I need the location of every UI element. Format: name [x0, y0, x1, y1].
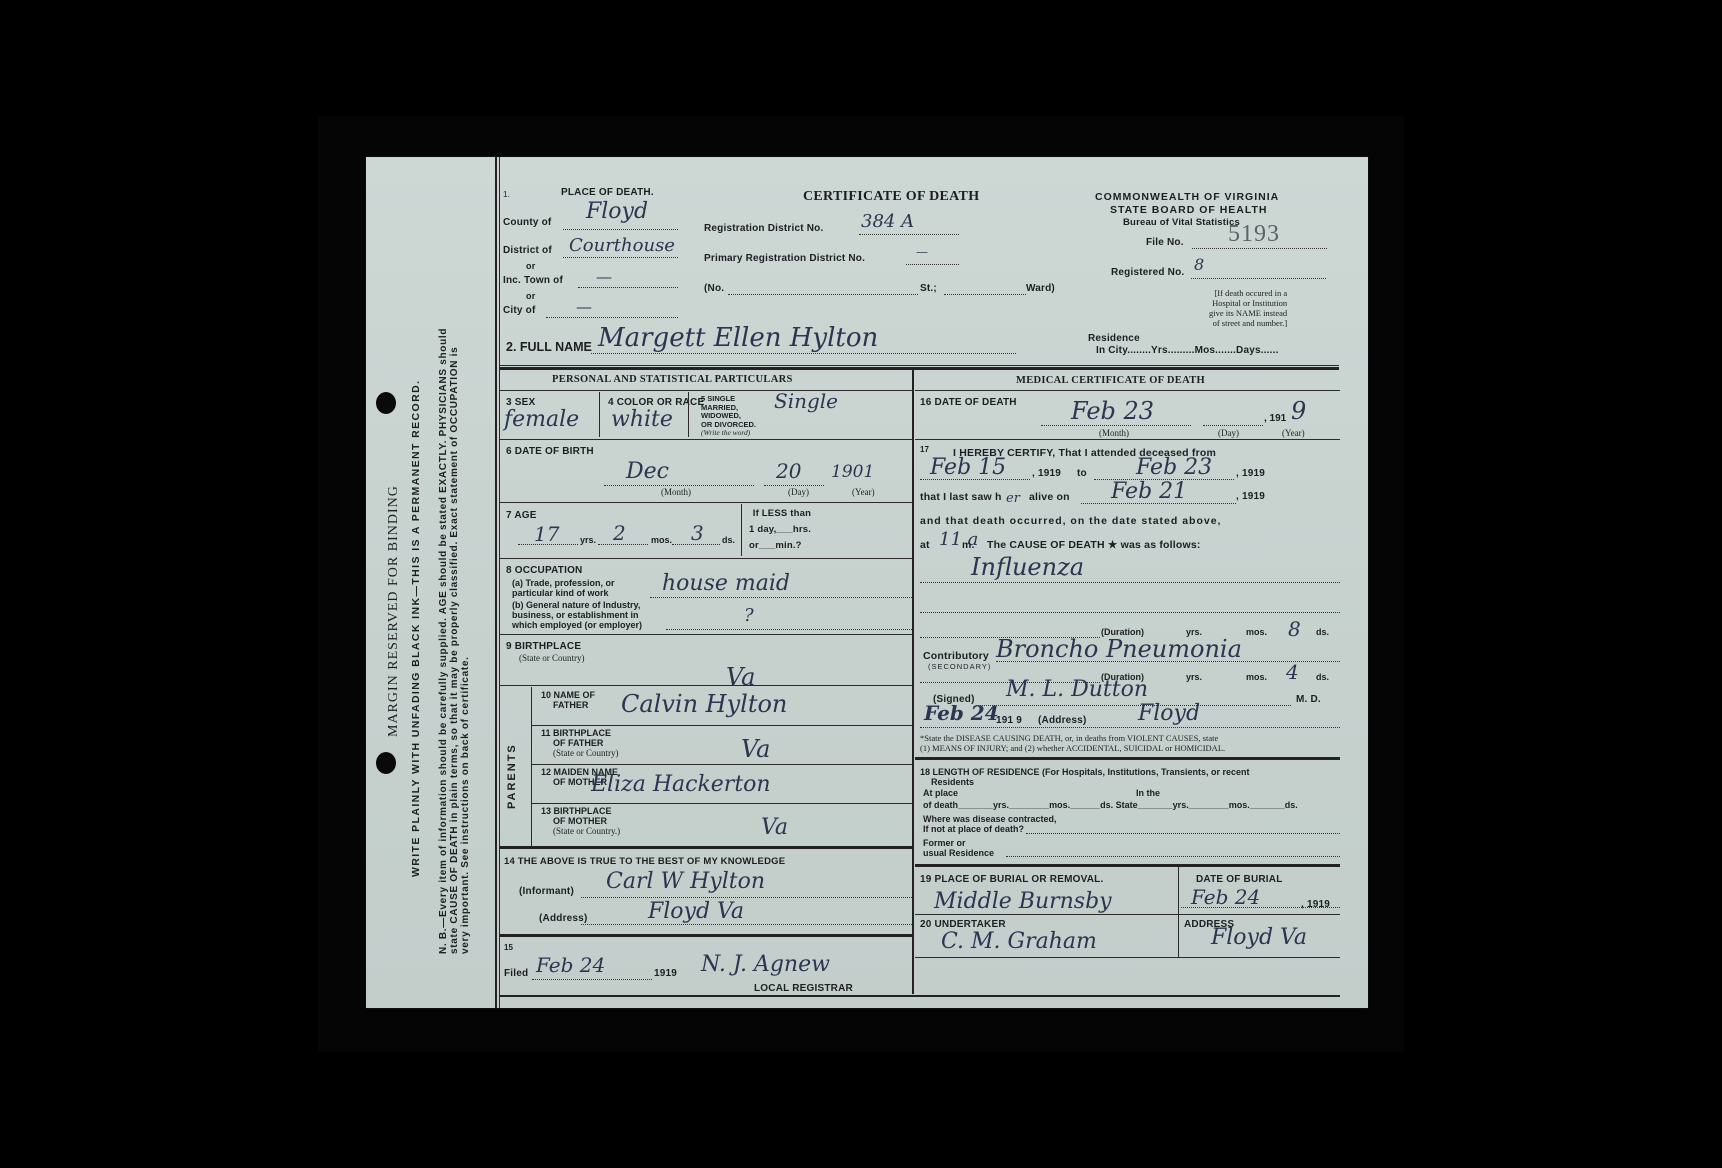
dob-month-value: Dec [626, 459, 669, 484]
duration-ds-label: ds. [1316, 672, 1329, 682]
county-value: Floyd [586, 199, 648, 224]
physician-address-label: (Address) [1038, 715, 1086, 726]
label-line: OF FATHER [541, 738, 619, 748]
alive-on-label: alive on [1029, 491, 1070, 503]
yrs-label: yrs. [580, 535, 596, 545]
signed-year: 191 9 [996, 715, 1022, 726]
divider [499, 502, 912, 503]
item-number-1: 1. [503, 190, 510, 199]
binding-hole-bottom [376, 752, 396, 774]
date-of-death-label: 16 DATE OF DEATH [920, 397, 1017, 408]
footnote-line: (1) MEANS OF INJURY; and (2) whether ACC… [920, 743, 1225, 753]
registered-number-label: Registered No. [1111, 267, 1184, 278]
marital-option: SINGLE [707, 394, 735, 403]
divider [915, 439, 1340, 440]
month-caption: (Month) [1099, 428, 1129, 438]
label-line: business, or establishment in [512, 610, 642, 620]
attended-to-year: , 1919 [1236, 468, 1265, 479]
former-residence-line [1006, 856, 1340, 857]
day-caption: (Day) [1218, 428, 1239, 438]
age-years-value: 17 [534, 522, 559, 546]
item-number-17: 17 [920, 445, 929, 454]
label-line: (a) Trade, profession, or [512, 578, 615, 588]
city-line [546, 317, 678, 318]
father-birthplace-value: Va [741, 735, 770, 763]
divider [741, 504, 742, 556]
item-number: 5 [701, 394, 705, 403]
or-label-2: or [526, 291, 535, 301]
at-label: at [920, 539, 930, 551]
secondary-label: (SECONDARY) [928, 662, 991, 671]
dob-month-line [604, 485, 754, 486]
date-of-death-value: Feb 23 [1071, 397, 1154, 425]
certificate-title: CERTIFICATE OF DEATH [803, 189, 979, 205]
residence-in-city: In City........Yrs.........Mos.......Day… [1096, 345, 1279, 356]
death-occurred-statement: and that death occurred, on the date sta… [920, 515, 1221, 527]
place-of-death-heading: PLACE OF DEATH. [561, 187, 654, 198]
ink-note: WRITE PLAINLY WITH UNFADING BLACK INK—TH… [410, 380, 422, 877]
filed-date-value: Feb 24 [536, 953, 605, 977]
dob-year-value: 1901 [831, 462, 874, 482]
board-of-health: STATE BOARD OF HEALTH [1110, 204, 1268, 216]
informant-label: (Informant) [519, 886, 574, 897]
header-divider-thick [499, 367, 1339, 370]
label-line: usual Residence [923, 848, 994, 858]
mother-birthplace-value: Va [761, 815, 788, 840]
informant-value: Carl W Hylton [606, 869, 765, 894]
age-months-value: 2 [613, 521, 626, 545]
marital-status-label: 5 SINGLE MARRIED, WIDOWED, OR DIVORCED. … [701, 395, 756, 438]
cause-of-death-label: The CAUSE OF DEATH ★ was as follows: [987, 539, 1201, 551]
hospital-note-line: [If death occured in a [1209, 288, 1287, 298]
registrar-signature: N. J. Agnew [701, 952, 830, 977]
registered-number-line [1191, 278, 1326, 279]
nb-line-2: state CAUSE OF DEATH in plain terms, so … [449, 328, 460, 954]
cause-footnote: *State the DISEASE CAUSING DEATH, or, in… [920, 733, 1225, 753]
personal-section-title: PERSONAL AND STATISTICAL PARTICULARS [552, 374, 793, 385]
primary-registration-label: Primary Registration District No. [704, 253, 865, 264]
divider [599, 392, 600, 437]
mother-name-value: Eliza Hackerton [591, 772, 771, 797]
occupation-a-value: house maid [662, 571, 790, 596]
divider [531, 764, 912, 765]
label-line: 10 NAME OF [541, 690, 595, 700]
label-line: 13 BIRTHPLACE [541, 806, 620, 816]
full-name-value: Margett Ellen Hylton [598, 323, 878, 353]
year-caption: (Year) [1282, 428, 1305, 438]
occupation-label: 8 OCCUPATION [506, 565, 582, 576]
label-line: (State or Country) [541, 748, 619, 758]
column-divider [912, 369, 914, 994]
or-label-1: or [526, 261, 535, 271]
physician-address-value: Floyd [1138, 701, 1200, 726]
occupation-b-label: (b) General nature of Industry, business… [512, 600, 642, 630]
registration-district-line [859, 234, 959, 235]
at-place-label: At place [923, 788, 958, 798]
marital-status-value: Single [774, 389, 838, 413]
street-line [728, 294, 918, 295]
footnote-line: *State the DISEASE CAUSING DEATH, or, in… [920, 733, 1225, 743]
dob-day-value: 20 [776, 459, 801, 483]
in-the-label: In the [1136, 788, 1160, 798]
duration-mos-label: mos. [1246, 672, 1267, 682]
divider [688, 392, 689, 437]
duration-yrs-label: yrs. [1186, 672, 1202, 682]
age-label: 7 AGE [506, 510, 537, 521]
divider [915, 957, 1340, 958]
street-st-label: St.; [920, 283, 937, 294]
physician-signature: M. L. Dutton [1006, 677, 1148, 702]
md-label: M. D. [1296, 694, 1321, 705]
informant-address-line [581, 924, 912, 925]
birthplace-value: Va [726, 663, 755, 691]
attended-from-value: Feb 15 [930, 455, 1006, 480]
dod-year-prefix: , 191 [1264, 413, 1286, 424]
contributory-duration-days: 4 [1286, 660, 1299, 684]
residence-label: Residence [1088, 333, 1140, 344]
registration-district-value: 384 A [861, 211, 914, 232]
death-certificate: MARGIN RESERVED FOR BINDING WRITE PLAINL… [366, 157, 1368, 1008]
city-label: City of [503, 305, 536, 316]
primary-registration-line [906, 264, 959, 265]
dob-day-line [764, 485, 824, 486]
less-than-day: If LESS than 1 day,___hrs. or___min.? [749, 506, 811, 554]
bureau-of-vital-statistics: Bureau of Vital Statistics [1123, 217, 1240, 228]
district-label: District of [503, 245, 552, 256]
divider [499, 634, 912, 635]
header-divider [499, 365, 1339, 366]
informant-line [581, 897, 912, 898]
county-label: County of [503, 217, 551, 228]
signed-date-value: Feb 24 [924, 701, 999, 725]
last-saw-pronoun: er [1006, 491, 1020, 506]
label-line: (State or Country.) [541, 826, 620, 836]
occupation-b-value: ? [744, 605, 754, 626]
birthplace-label: 9 BIRTHPLACE [506, 641, 581, 652]
contributory-value: Broncho Pneumonia [996, 635, 1242, 663]
label-line: OF MOTHER [541, 816, 620, 826]
registration-district-label: Registration District No. [704, 223, 823, 234]
day-caption: (Day) [788, 487, 809, 497]
full-name-label: 2. FULL NAME [506, 340, 592, 354]
residence-duration-line: of death_______yrs.________mos.______ds.… [923, 800, 1298, 810]
last-saw-label: that I last saw h [920, 491, 1002, 503]
contracted-line [1026, 833, 1340, 834]
hospital-note-line: give its NAME instead [1209, 308, 1287, 318]
occupation-a-line [650, 597, 912, 598]
hospital-note-line: Hospital or Institution [1209, 298, 1287, 308]
date-of-burial-value: Feb 24 [1191, 885, 1260, 909]
nb-line-1: N. B.—Every item of information should b… [438, 328, 449, 954]
divider-thick [499, 846, 912, 849]
label-line: Where was disease contracted, [923, 814, 1057, 824]
file-number-label: File No. [1146, 237, 1184, 248]
father-birthplace-label: 11 BIRTHPLACE OF FATHER (State or Countr… [541, 728, 619, 758]
divider [499, 439, 912, 440]
occupation-b-line [666, 629, 912, 630]
signed-line [976, 705, 1291, 706]
father-name-value: Calvin Hylton [621, 690, 787, 718]
divider [531, 687, 532, 847]
town-line [578, 287, 678, 288]
to-label: to [1077, 468, 1087, 479]
residents-label: Residents [931, 777, 974, 787]
mos-label: mos. [651, 535, 672, 545]
informant-address-value: Floyd Va [648, 899, 744, 924]
filed-year: 1919 [654, 968, 677, 979]
divider [915, 390, 1340, 391]
duration-ds-label: ds. [1316, 627, 1329, 637]
hospital-note: [If death occured in a Hospital or Insti… [1209, 288, 1287, 328]
last-saw-value: Feb 21 [1111, 479, 1187, 504]
label-line: FATHER [541, 700, 595, 710]
less-than-hours: 1 day,___hrs. [749, 522, 811, 538]
ds-label: ds. [722, 535, 735, 545]
divider [499, 558, 912, 559]
father-name-label: 10 NAME OF FATHER [541, 690, 595, 710]
margin-rule [495, 157, 497, 1008]
contributory-label: Contributory [923, 650, 989, 662]
am-pm-label: m. [962, 539, 975, 551]
margin-rule-inner [499, 157, 500, 1008]
county-line [563, 229, 678, 230]
attended-to-value: Feb 23 [1136, 455, 1212, 480]
divider [531, 803, 912, 804]
file-number-value: 5193 [1228, 221, 1280, 248]
date-of-burial-year: , 1919 [1301, 899, 1330, 910]
parents-label: PARENTS [506, 743, 518, 809]
town-value: — [596, 267, 612, 286]
bottom-rule [499, 995, 1340, 997]
divider [1178, 867, 1179, 957]
label-line: Former or [923, 838, 994, 848]
street-number-label: (No. [704, 283, 724, 294]
divider-thick [915, 757, 1340, 760]
informant-address-label: (Address) [539, 913, 587, 924]
less-than-minutes: or___min.? [749, 538, 811, 554]
length-of-residence-label: 18 LENGTH OF RESIDENCE (For Hospitals, I… [920, 767, 1250, 777]
cause-line-2 [920, 612, 1340, 613]
label-line: (b) General nature of Industry, [512, 600, 642, 610]
district-value: Courthouse [569, 235, 675, 256]
cause-of-death-value: Influenza [971, 553, 1084, 581]
less-than-line: If LESS than [749, 506, 811, 522]
city-value: — [576, 297, 592, 316]
undertaker-value: C. M. Graham [941, 929, 1097, 954]
marital-instruction: (Write the word) [701, 429, 756, 438]
knowledge-statement: 14 THE ABOVE IS TRUE TO THE BEST OF MY K… [504, 856, 785, 867]
label-line: 11 BIRTHPLACE [541, 728, 619, 738]
divider-thick [915, 864, 1340, 867]
contracted-label: Where was disease contracted, If not at … [923, 814, 1057, 834]
state-name: COMMONWEALTH OF VIRGINIA [1095, 191, 1279, 203]
registered-number-value: 8 [1194, 255, 1204, 274]
item-number-15: 15 [504, 943, 513, 952]
occupation-a-label: (a) Trade, profession, or particular kin… [512, 578, 615, 598]
date-of-birth-label: 6 DATE OF BIRTH [506, 446, 594, 457]
place-of-burial-label: 19 PLACE OF BURIAL OR REMOVAL. [920, 874, 1103, 885]
year-caption: (Year) [852, 487, 875, 497]
sex-value: female [504, 407, 579, 432]
dod-year-value: 9 [1291, 397, 1306, 425]
label-line: particular kind of work [512, 588, 615, 598]
age-days-value: 3 [691, 521, 704, 545]
full-name-line [591, 353, 1016, 354]
filed-date-line [532, 979, 652, 980]
dod-day-line [1203, 425, 1263, 426]
nb-note: N. B.—Every item of information should b… [438, 328, 471, 954]
file-number-line [1192, 248, 1327, 249]
binding-note: MARGIN RESERVED FOR BINDING [386, 485, 402, 737]
divider-thick [499, 934, 912, 937]
divider [499, 685, 912, 686]
label-line: which employed (or employer) [512, 620, 642, 630]
dod-month-line [1041, 425, 1191, 426]
place-of-burial-value: Middle Burnsby [934, 889, 1112, 914]
divider [915, 914, 1340, 915]
district-line [563, 257, 678, 258]
attended-from-year: , 1919 [1032, 468, 1061, 479]
primary-registration-value: — [916, 245, 928, 259]
ward-line [944, 294, 1026, 295]
nb-line-3: very important. See instructions on back… [460, 328, 471, 954]
birthplace-sub-label: (State or Country) [519, 653, 585, 663]
medical-section-title: MEDICAL CERTIFICATE OF DEATH [1016, 375, 1205, 386]
date-of-burial-label: DATE OF BURIAL [1196, 874, 1283, 885]
local-registrar-label: LOCAL REGISTRAR [754, 983, 853, 994]
color-value: white [611, 407, 673, 432]
filed-label: Filed [504, 968, 528, 979]
binding-hole-top [376, 392, 396, 414]
mother-birthplace-label: 13 BIRTHPLACE OF MOTHER (State or Countr… [541, 806, 620, 836]
cause-line-1 [920, 582, 1340, 583]
former-residence-label: Former or usual Residence [923, 838, 994, 858]
month-caption: (Month) [661, 487, 691, 497]
cause-duration-days: 8 [1288, 617, 1301, 641]
divider [499, 390, 912, 391]
duration-mos-label: mos. [1246, 627, 1267, 637]
divider [531, 725, 912, 726]
signed-date-line [920, 727, 1340, 728]
hospital-note-line: of street and number.] [1209, 318, 1287, 328]
undertaker-address-value: Floyd Va [1211, 925, 1307, 950]
ward-label: Ward) [1026, 283, 1055, 294]
last-saw-year: , 1919 [1236, 491, 1265, 502]
town-label: Inc. Town of [503, 275, 563, 286]
